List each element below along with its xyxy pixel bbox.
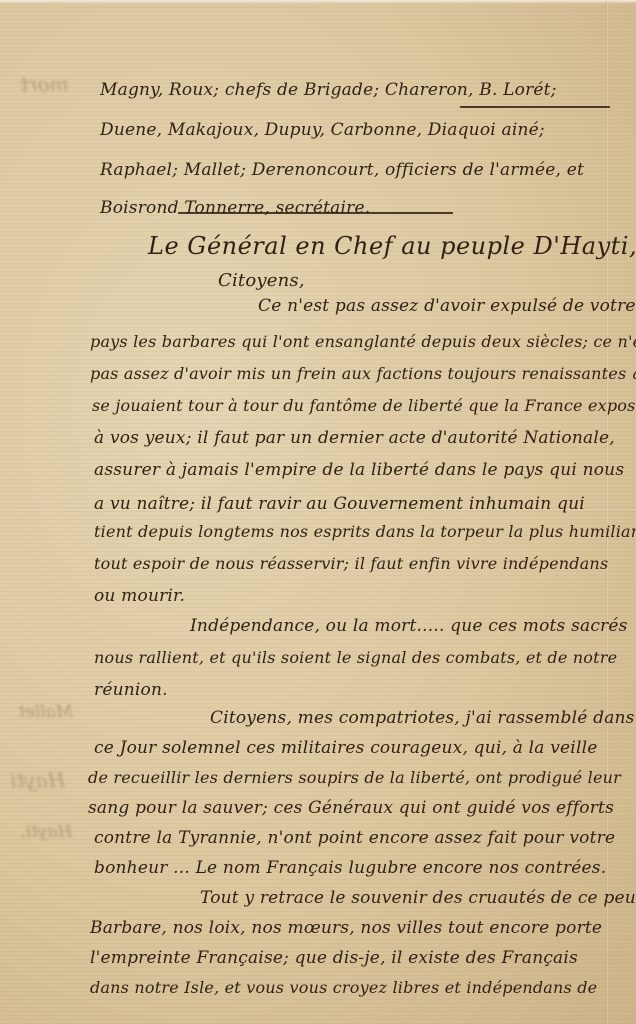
body-line: tient depuis longtems nos esprits dans l… [94, 522, 636, 541]
body-line: dans notre Isle, et vous vous croyez lib… [90, 978, 597, 997]
signatories-line: Magny, Roux; chefs de Brigade; Chareron,… [100, 80, 557, 100]
salutation: Citoyens, [218, 270, 305, 291]
bleed-through-text: Hayti [10, 768, 65, 792]
bleed-through-text: mort [20, 72, 69, 96]
body-line: Barbare, nos loix, nos mœurs, nos villes… [90, 918, 602, 938]
signatories-separator-rule [178, 212, 453, 214]
body-line: se jouaient tour à tour du fantôme de li… [92, 396, 636, 415]
body-line: Tout y retrace le souvenir des cruautés … [200, 888, 636, 908]
name-underline [460, 106, 610, 108]
body-line: assurer à jamais l'empire de la liberté … [94, 460, 624, 480]
body-line: pays les barbares qui l'ont ensanglanté … [90, 332, 636, 351]
body-line: pas assez d'avoir mis un frein aux facti… [90, 364, 636, 383]
body-line: bonheur ... Le nom Français lugubre enco… [94, 858, 606, 878]
signatories-line: Boisrond Tonnerre, secrétaire. [100, 198, 370, 218]
body-line: nous rallient, et qu'ils soient le signa… [94, 648, 617, 667]
manuscript-page: mort Mallet Hayti Hayti, Magny, Roux; ch… [0, 0, 636, 1024]
body-line: de recueillir les derniers soupirs de la… [88, 768, 621, 787]
body-line: contre la Tyrannie, n'ont point encore a… [94, 828, 615, 848]
document-heading: Le Général en Chef au peuple D'Hayti, [148, 232, 636, 260]
body-line-motto: Indépendance, ou la mort..... que ces mo… [190, 616, 628, 636]
body-line: à vos yeux; il faut par un dernier acte … [94, 428, 615, 448]
body-line: a vu naître; il faut ravir au Gouverneme… [94, 494, 585, 514]
bleed-through-text: Hayti, [20, 822, 72, 842]
body-line: tout espoir de nous réasservir; il faut … [94, 554, 608, 573]
body-line: réunion. [94, 680, 168, 700]
paper-top-edge [0, 0, 636, 4]
body-line: sang pour la sauver; ces Généraux qui on… [88, 798, 614, 818]
signatories-line: Raphael; Mallet; Derenoncourt, officiers… [100, 160, 584, 180]
body-line: Ce n'est pas assez d'avoir expulsé de vo… [258, 296, 636, 316]
body-line: ou mourir. [94, 586, 185, 606]
body-line: ce Jour solemnel ces militaires courageu… [94, 738, 597, 758]
bleed-through-text: Mallet [18, 702, 73, 722]
body-line: l'empreinte Française; que dis-je, il ex… [90, 948, 578, 968]
body-line: Citoyens, mes compatriotes, j'ai rassemb… [210, 708, 635, 728]
signatories-line: Duene, Makajoux, Dupuy, Carbonne, Diaquo… [100, 120, 545, 140]
paper-vertical-fold [606, 0, 609, 1024]
